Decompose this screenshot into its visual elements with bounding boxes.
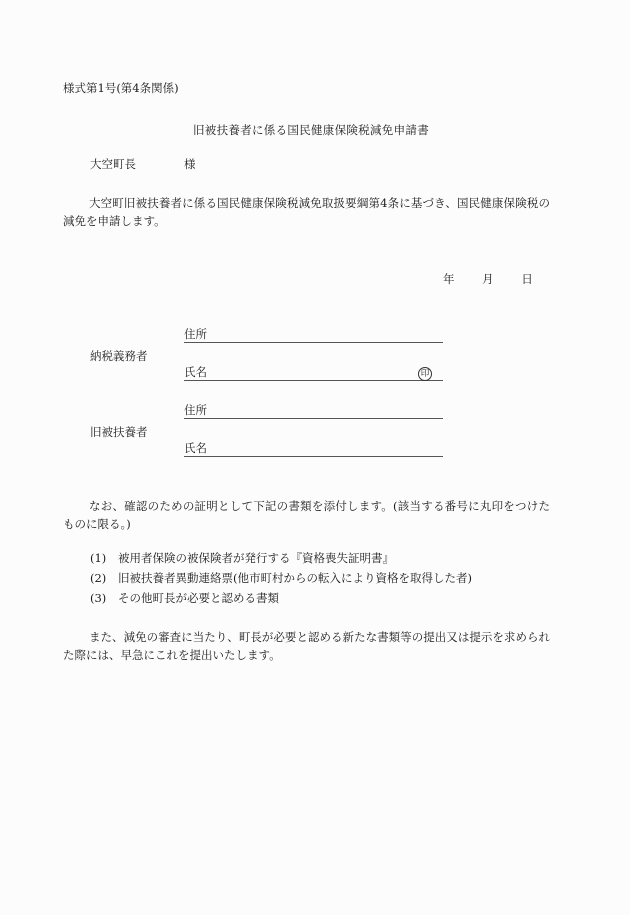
date-year-label: 年 xyxy=(443,271,455,287)
document-title: 旧被扶養者に係る国民健康保険税減免申請書 xyxy=(193,122,429,138)
attachment-item-1[interactable]: (1)被用者保険の被保険者が発行する『資格喪失証明書』 xyxy=(90,550,394,566)
former-dependent-address-field[interactable]: 住所 xyxy=(184,404,443,419)
former-dependent-name-label: 氏名 xyxy=(184,440,207,456)
former-dependent-address-label: 住所 xyxy=(184,402,207,418)
attachment-text: その他町長が必要と認める書類 xyxy=(118,591,279,605)
addressee-name: 大空町長 xyxy=(90,156,136,172)
attachments-paragraph: なお、確認のための証明として下記の書類を添付します。(該当する番号に丸印をつけた… xyxy=(63,497,550,533)
date-day-label: 日 xyxy=(521,271,533,287)
intro-paragraph: 大空町旧被扶養者に係る国民健康保険税減免取扱要綱第4条に基づき、国民健康保険税の… xyxy=(63,194,550,230)
attachment-number: (3) xyxy=(90,591,118,605)
former-dependent-name-field[interactable]: 氏名 xyxy=(184,442,443,457)
taxpayer-label: 納税義務者 xyxy=(90,348,148,364)
attachment-number: (1) xyxy=(90,551,118,565)
form-number: 様式第1号(第4条関係) xyxy=(63,80,179,96)
closing-paragraph: また、減免の審査に当たり、町長が必要と認める新たな書類等の提出又は提示を求められ… xyxy=(63,628,550,664)
attachment-item-3[interactable]: (3)その他町長が必要と認める書類 xyxy=(90,590,279,606)
attachment-item-2[interactable]: (2)旧被扶養者異動連絡票(他市町村からの転入により資格を取得した者) xyxy=(90,570,472,586)
former-dependent-label: 旧被扶養者 xyxy=(90,424,148,440)
date-line: 年 月 日 xyxy=(443,271,533,287)
attachment-text: 旧被扶養者異動連絡票(他市町村からの転入により資格を取得した者) xyxy=(118,571,472,585)
attachment-number: (2) xyxy=(90,571,118,585)
taxpayer-address-label: 住所 xyxy=(184,326,207,342)
taxpayer-name-field[interactable]: 氏名 印 xyxy=(184,366,443,381)
addressee-honorific: 様 xyxy=(184,156,196,172)
date-month-label: 月 xyxy=(482,271,494,287)
taxpayer-name-label: 氏名 xyxy=(184,364,207,380)
attachment-text: 被用者保険の被保険者が発行する『資格喪失証明書』 xyxy=(118,551,394,565)
taxpayer-address-field[interactable]: 住所 xyxy=(184,328,443,343)
seal-icon: 印 xyxy=(418,367,432,381)
